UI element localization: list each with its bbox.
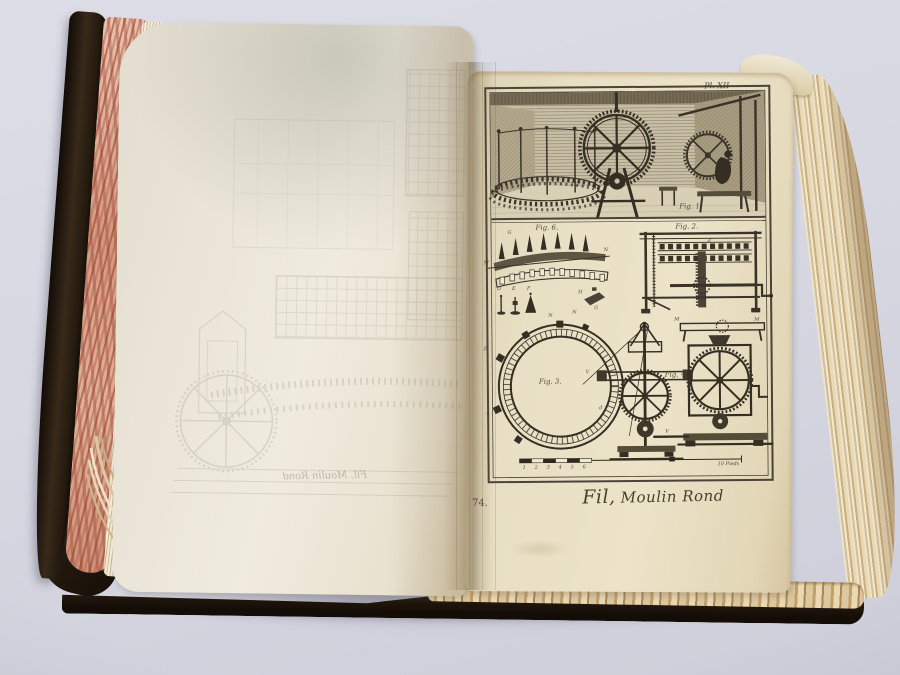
letter-mark: N xyxy=(604,248,608,253)
scale-tick: 3 xyxy=(547,466,550,471)
part-label-d: D xyxy=(497,287,501,292)
scale-tick: 2 xyxy=(535,466,538,471)
scale-tick: 4 xyxy=(559,466,562,471)
letter-mark: d xyxy=(599,406,602,411)
fig3-ring xyxy=(492,319,694,460)
part-label-e: E xyxy=(512,287,516,292)
letter-mark: M xyxy=(674,318,679,323)
fig4-wheel-machine xyxy=(652,320,773,447)
letter-mark: N xyxy=(572,310,576,315)
fig2-frame-machine xyxy=(640,231,774,314)
caption-lead: Fil, xyxy=(582,486,616,509)
ghost-engraving xyxy=(112,22,474,597)
photo-of-open-book: Fil, Moulin Rond xyxy=(0,0,900,675)
scale-bar xyxy=(519,456,741,465)
fig6-label: Fig. 6. xyxy=(535,225,558,232)
letter-mark: V xyxy=(665,430,669,435)
gutter-shadow xyxy=(444,62,496,590)
engraved-plate: Pl. XII Fig. 1. Fig. 6. Fig. 2. Fig. 3. … xyxy=(482,83,776,490)
plate-number: Pl. XII xyxy=(704,82,729,90)
letter-mark: V xyxy=(586,370,590,375)
fig2-label: Fig. 2. xyxy=(675,223,698,230)
left-page: Fil, Moulin Rond xyxy=(112,22,474,597)
letter-mark: d xyxy=(708,239,711,244)
foxing-stain xyxy=(510,540,570,558)
letter-mark: H xyxy=(578,290,582,295)
fig1-label: Fig. 1. xyxy=(679,203,702,210)
fig4-label: Fig. 4. xyxy=(665,371,688,378)
plate-caption: Fil, Moulin Rond xyxy=(558,483,748,509)
fig3-label: Fig. 3. xyxy=(539,379,562,386)
caption-rest: Moulin Rond xyxy=(620,487,724,507)
letter-mark: M xyxy=(754,318,759,323)
part-label-f: F xyxy=(527,287,531,292)
fig6-spindle-rail xyxy=(488,231,610,287)
fig1-mill-interior xyxy=(489,91,765,223)
scale-unit-label: 10 Pieds xyxy=(718,462,740,467)
scale-tick: 6 xyxy=(583,465,586,470)
scale-tick: 1 xyxy=(523,466,526,471)
right-page-edges xyxy=(788,71,900,601)
letter-mark: G xyxy=(594,306,598,311)
letter-mark: N xyxy=(548,314,552,319)
scale-tick: 5 xyxy=(571,465,574,470)
letter-mark: G xyxy=(508,231,512,236)
